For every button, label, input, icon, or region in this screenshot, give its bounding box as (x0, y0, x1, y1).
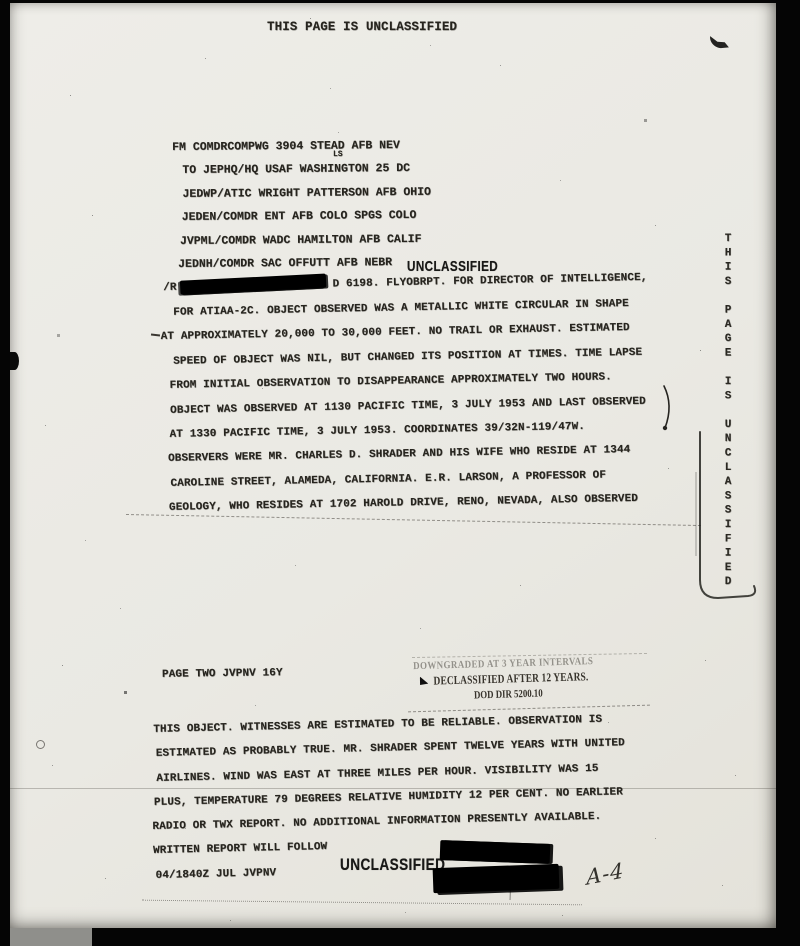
declassification-stamp: DOWNGRADED AT 3 YEAR INTERVALS DECLASSIF… (418, 655, 633, 703)
message-body: FOR ATIAA-2C. OBJECT OBSERVED WAS A META… (160, 292, 648, 521)
redaction-block (433, 841, 563, 895)
top-classification-banner: THIS PAGE IS UNCLASSIFIED (267, 20, 457, 34)
stamp-arrow-mark (418, 676, 430, 686)
message-addressee-line: JEDWP/ATIC WRIGHT PATTERSON AFB OHIO (182, 181, 431, 207)
ring-mark (36, 740, 45, 749)
ink-blot-mark (706, 30, 736, 58)
page-two-header: PAGE TWO JVPNV 16Y (162, 667, 283, 681)
redacted-line-prefix: /R (163, 282, 177, 294)
message-addressee-line: JEDNH/COMDR SAC OFFUTT AFB NEBR (178, 251, 432, 277)
message-to-line: TO JEPHQ/HQ USAF WASHINGTON 25 DC (182, 157, 431, 183)
redaction-bar (440, 840, 551, 864)
message-addressee-line: JEDEN/COMDR ENT AFB COLO SPGS COLO (182, 204, 432, 230)
ls-annotation: LS (333, 150, 343, 159)
declass-stamp-line2: DECLASSIFIED AFTER 12 YEARS. (433, 669, 588, 688)
side-classification-banner: THIS PAGE IS UNCLASSIFIED (722, 233, 734, 591)
scan-corner-gray (10, 928, 92, 946)
scan-edge-blob (10, 352, 19, 370)
unclassified-stamp-bottom: UNCLASSIFIED (340, 855, 445, 875)
scan-edge-top (0, 0, 800, 3)
crease-mark (656, 384, 678, 434)
scanned-document: { "banners": { "top": "THIS PAGE IS UNCL… (0, 0, 800, 946)
message-header: FM COMDRCOMPWG 3904 STEAD AFB NEV TO JEP… (172, 134, 432, 277)
scan-edge-right (776, 0, 800, 946)
message-from-line: FM COMDRCOMPWG 3904 STEAD AFB NEV (172, 134, 431, 160)
scan-edge-bottom (92, 928, 800, 946)
message-addressee-line: JVPML/COMDR WADC HAMILTON AFB CALIF (180, 227, 432, 253)
unclassified-stamp-top: UNCLASSIFIED (407, 258, 498, 275)
scan-edge-left (0, 0, 10, 946)
redaction-bar (433, 864, 560, 893)
